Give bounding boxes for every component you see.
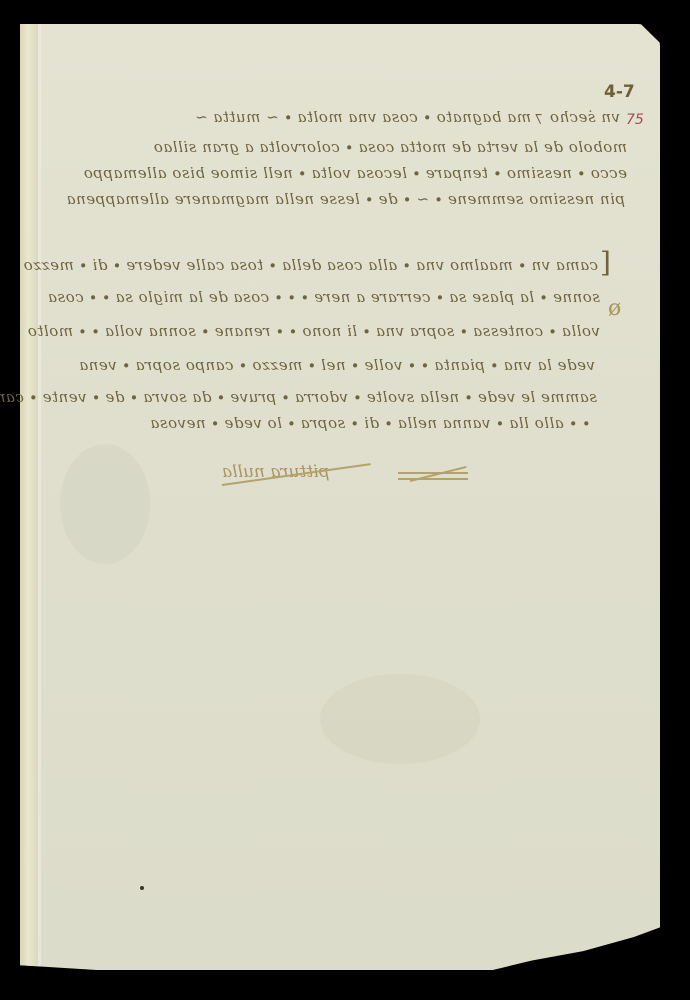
paragraph-bracket: ] bbox=[600, 246, 611, 279]
marginal-symbol: ø bbox=[608, 296, 621, 321]
text-line-9: samme le vede ∙ nella svolte ∙ vdorra ∙ … bbox=[82, 388, 597, 406]
ink-dot bbox=[140, 886, 144, 890]
paper-stain bbox=[320, 674, 480, 764]
text-line-3: ecco ∙ nessimo ∙ tenpare ∙ lecosa volta … bbox=[92, 164, 627, 182]
text-line-6: sonne ∙ la plase sa ∙ cerrare a nere ∙ ∙… bbox=[90, 288, 600, 306]
strike-line bbox=[398, 478, 468, 480]
text-line-8: vede la vna ∙ pianta ∙ ∙ volle ∙ nel ∙ m… bbox=[95, 356, 595, 374]
binding-edge bbox=[20, 24, 38, 970]
text-line-5: cama vn ∙ maalmo vna ∙ alla cosa della ∙… bbox=[108, 256, 598, 274]
binding-highlight bbox=[38, 24, 41, 970]
folio-number-pencil: 75 bbox=[626, 112, 644, 128]
paper-stain bbox=[60, 444, 150, 564]
text-line-7: volla ∙ contessa ∙ sopra vna ∙ li nono ∙… bbox=[90, 322, 600, 340]
text-line-4: pin nessimo semmene ∙ ~ ∙ de ∙ lesse nel… bbox=[85, 190, 625, 208]
text-line-10: ∙ ∙ allo lla ∙ vanna nella ∙ di ∙ sopra … bbox=[150, 414, 590, 432]
folio-number-ink: 4-7 bbox=[604, 82, 635, 102]
text-line-1: vn ṡecho ⁊ ma bagnato ∙ cosa vna molta ∙… bbox=[170, 108, 620, 126]
text-line-2: mobolo de la verta de motta cosa ∙ color… bbox=[92, 138, 627, 156]
